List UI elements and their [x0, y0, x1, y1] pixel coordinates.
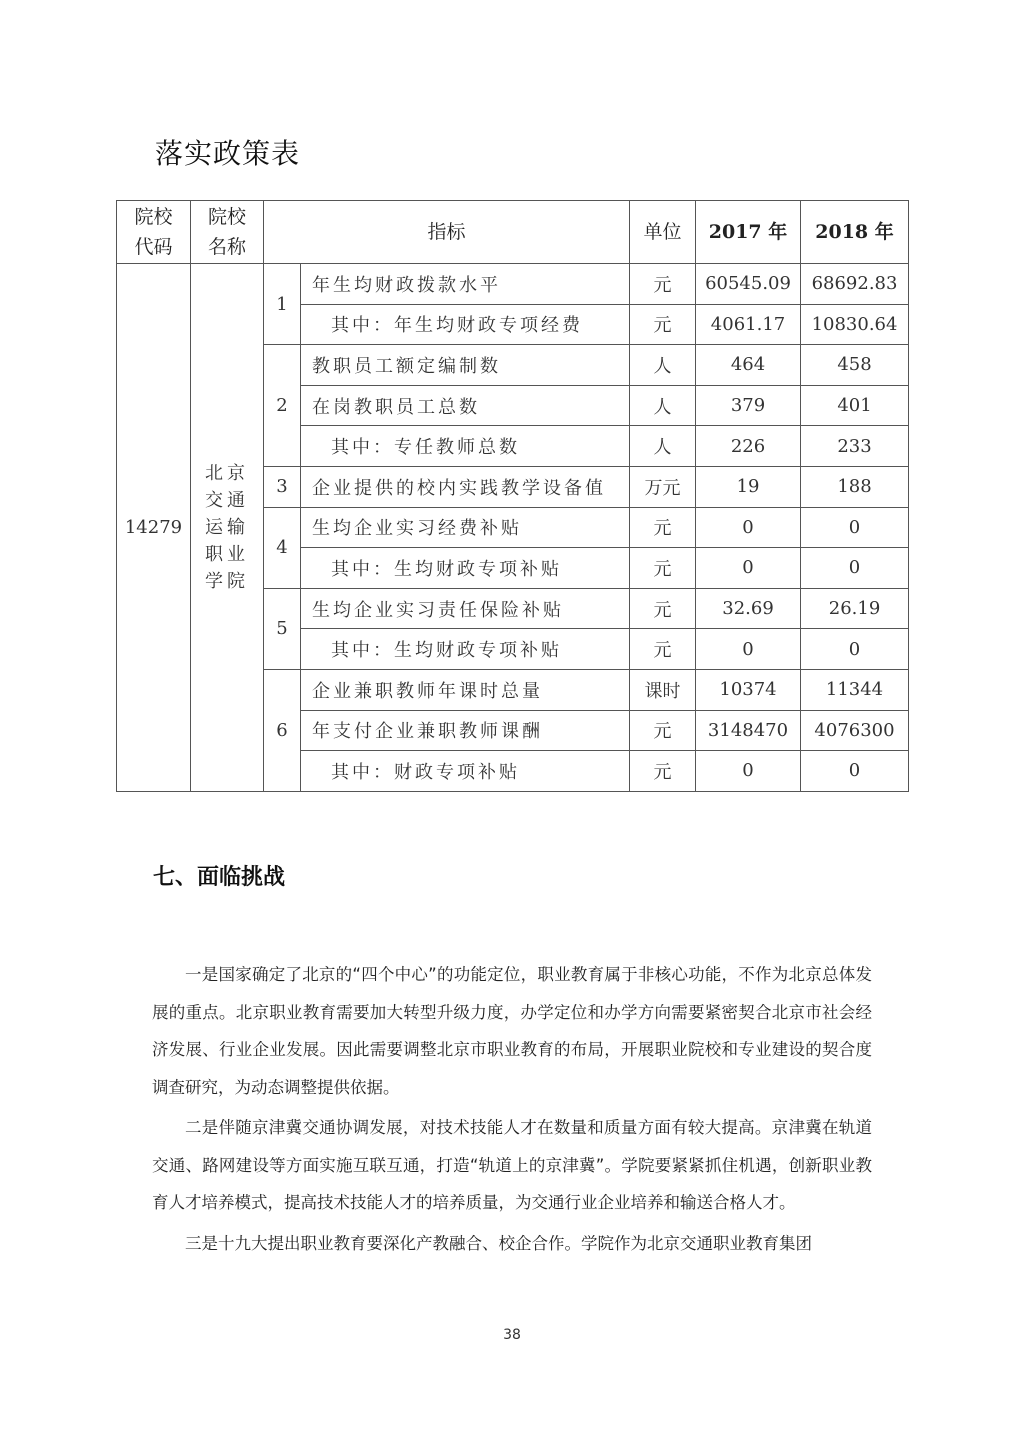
- value-2017-cell: 379: [696, 385, 801, 426]
- header-indicator: 指标: [264, 201, 630, 264]
- school-name-line: 运输: [191, 514, 263, 541]
- value-2017-cell: 0: [696, 548, 801, 589]
- value-2018-cell: 11344: [801, 669, 909, 710]
- value-2017-cell: 0: [696, 629, 801, 670]
- paragraph: 一是国家确定了北京的“四个中心”的功能定位，职业教育属于非核心功能，不作为北京总…: [152, 956, 872, 1106]
- unit-cell: 元: [630, 548, 696, 589]
- value-2017-cell: 19: [696, 466, 801, 507]
- value-2017-cell: 10374: [696, 669, 801, 710]
- value-2018-cell: 0: [801, 507, 909, 548]
- group-number-cell: 6: [264, 669, 301, 791]
- indicator-cell: 其中：财政专项补贴: [301, 751, 630, 792]
- indicator-cell: 其中：生均财政专项补贴: [301, 629, 630, 670]
- value-2018-cell: 68692.83: [801, 264, 909, 305]
- unit-cell: 元: [630, 751, 696, 792]
- section-heading: 七、面临挑战: [153, 860, 285, 891]
- unit-cell: 课时: [630, 669, 696, 710]
- indicator-cell: 其中：专任教师总数: [301, 426, 630, 467]
- school-code-cell: 14279: [117, 264, 191, 792]
- header-school-name: 院校 名称: [191, 201, 264, 264]
- table-row: 14279北京交通运输职业学院1年生均财政拨款水平元60545.0968692.…: [117, 264, 909, 305]
- unit-cell: 元: [630, 588, 696, 629]
- header-2017: 2017 年: [696, 201, 801, 264]
- value-2017-cell: 32.69: [696, 588, 801, 629]
- unit-cell: 元: [630, 629, 696, 670]
- header-school-code: 院校 代码: [117, 201, 191, 264]
- school-name-line: 交通: [191, 487, 263, 514]
- unit-cell: 人: [630, 426, 696, 467]
- value-2018-cell: 188: [801, 466, 909, 507]
- value-2017-cell: 464: [696, 345, 801, 386]
- unit-cell: 元: [630, 507, 696, 548]
- indicator-cell: 教职员工额定编制数: [301, 345, 630, 386]
- group-number-cell: 4: [264, 507, 301, 588]
- unit-cell: 元: [630, 304, 696, 345]
- value-2018-cell: 10830.64: [801, 304, 909, 345]
- unit-cell: 元: [630, 264, 696, 305]
- header-text: 院校: [134, 206, 172, 228]
- header-unit: 单位: [630, 201, 696, 264]
- paragraph: 三是十九大提出职业教育要深化产教融合、校企合作。学院作为北京交通职业教育集团: [152, 1225, 872, 1263]
- indicator-cell: 其中：生均财政专项补贴: [301, 548, 630, 589]
- unit-cell: 人: [630, 345, 696, 386]
- value-2018-cell: 233: [801, 426, 909, 467]
- unit-cell: 元: [630, 710, 696, 751]
- value-2017-cell: 3148470: [696, 710, 801, 751]
- indicator-cell: 企业提供的校内实践教学设备值: [301, 466, 630, 507]
- group-number-cell: 3: [264, 466, 301, 507]
- table-header-row: 院校 代码 院校 名称 指标 单位 2017 年 2018 年: [117, 201, 909, 264]
- group-number-cell: 2: [264, 345, 301, 467]
- value-2018-cell: 0: [801, 751, 909, 792]
- paragraph: 二是伴随京津冀交通协调发展，对技术技能人才在数量和质量方面有较大提高。京津冀在轨…: [152, 1109, 872, 1222]
- value-2017-cell: 226: [696, 426, 801, 467]
- indicator-cell: 生均企业实习经费补贴: [301, 507, 630, 548]
- indicator-cell: 在岗教职员工总数: [301, 385, 630, 426]
- policy-table: 院校 代码 院校 名称 指标 单位 2017 年 2018 年 14279北京交…: [116, 200, 909, 792]
- value-2017-cell: 0: [696, 507, 801, 548]
- unit-cell: 人: [630, 385, 696, 426]
- indicator-cell: 年支付企业兼职教师课酬: [301, 710, 630, 751]
- group-number-cell: 1: [264, 264, 301, 345]
- page-number: 38: [0, 1327, 1024, 1343]
- unit-cell: 万元: [630, 466, 696, 507]
- value-2018-cell: 26.19: [801, 588, 909, 629]
- value-2017-cell: 0: [696, 751, 801, 792]
- body-text: 一是国家确定了北京的“四个中心”的功能定位，职业教育属于非核心功能，不作为北京总…: [152, 956, 872, 1265]
- indicator-cell: 生均企业实习责任保险补贴: [301, 588, 630, 629]
- page-title: 落实政策表: [155, 132, 300, 172]
- header-text: 院校: [208, 206, 246, 228]
- value-2018-cell: 0: [801, 629, 909, 670]
- value-2017-cell: 4061.17: [696, 304, 801, 345]
- indicator-cell: 年生均财政拨款水平: [301, 264, 630, 305]
- indicator-cell: 其中：年生均财政专项经费: [301, 304, 630, 345]
- value-2018-cell: 0: [801, 548, 909, 589]
- indicator-cell: 企业兼职教师年课时总量: [301, 669, 630, 710]
- school-name-line: 学院: [191, 568, 263, 595]
- header-text: 名称: [208, 236, 246, 258]
- value-2018-cell: 458: [801, 345, 909, 386]
- school-name-line: 职业: [191, 541, 263, 568]
- value-2017-cell: 60545.09: [696, 264, 801, 305]
- header-text: 代码: [134, 236, 172, 258]
- value-2018-cell: 4076300: [801, 710, 909, 751]
- school-name-line: 北京: [191, 460, 263, 487]
- header-2018: 2018 年: [801, 201, 909, 264]
- group-number-cell: 5: [264, 588, 301, 669]
- value-2018-cell: 401: [801, 385, 909, 426]
- school-name-cell: 北京交通运输职业学院: [191, 264, 264, 792]
